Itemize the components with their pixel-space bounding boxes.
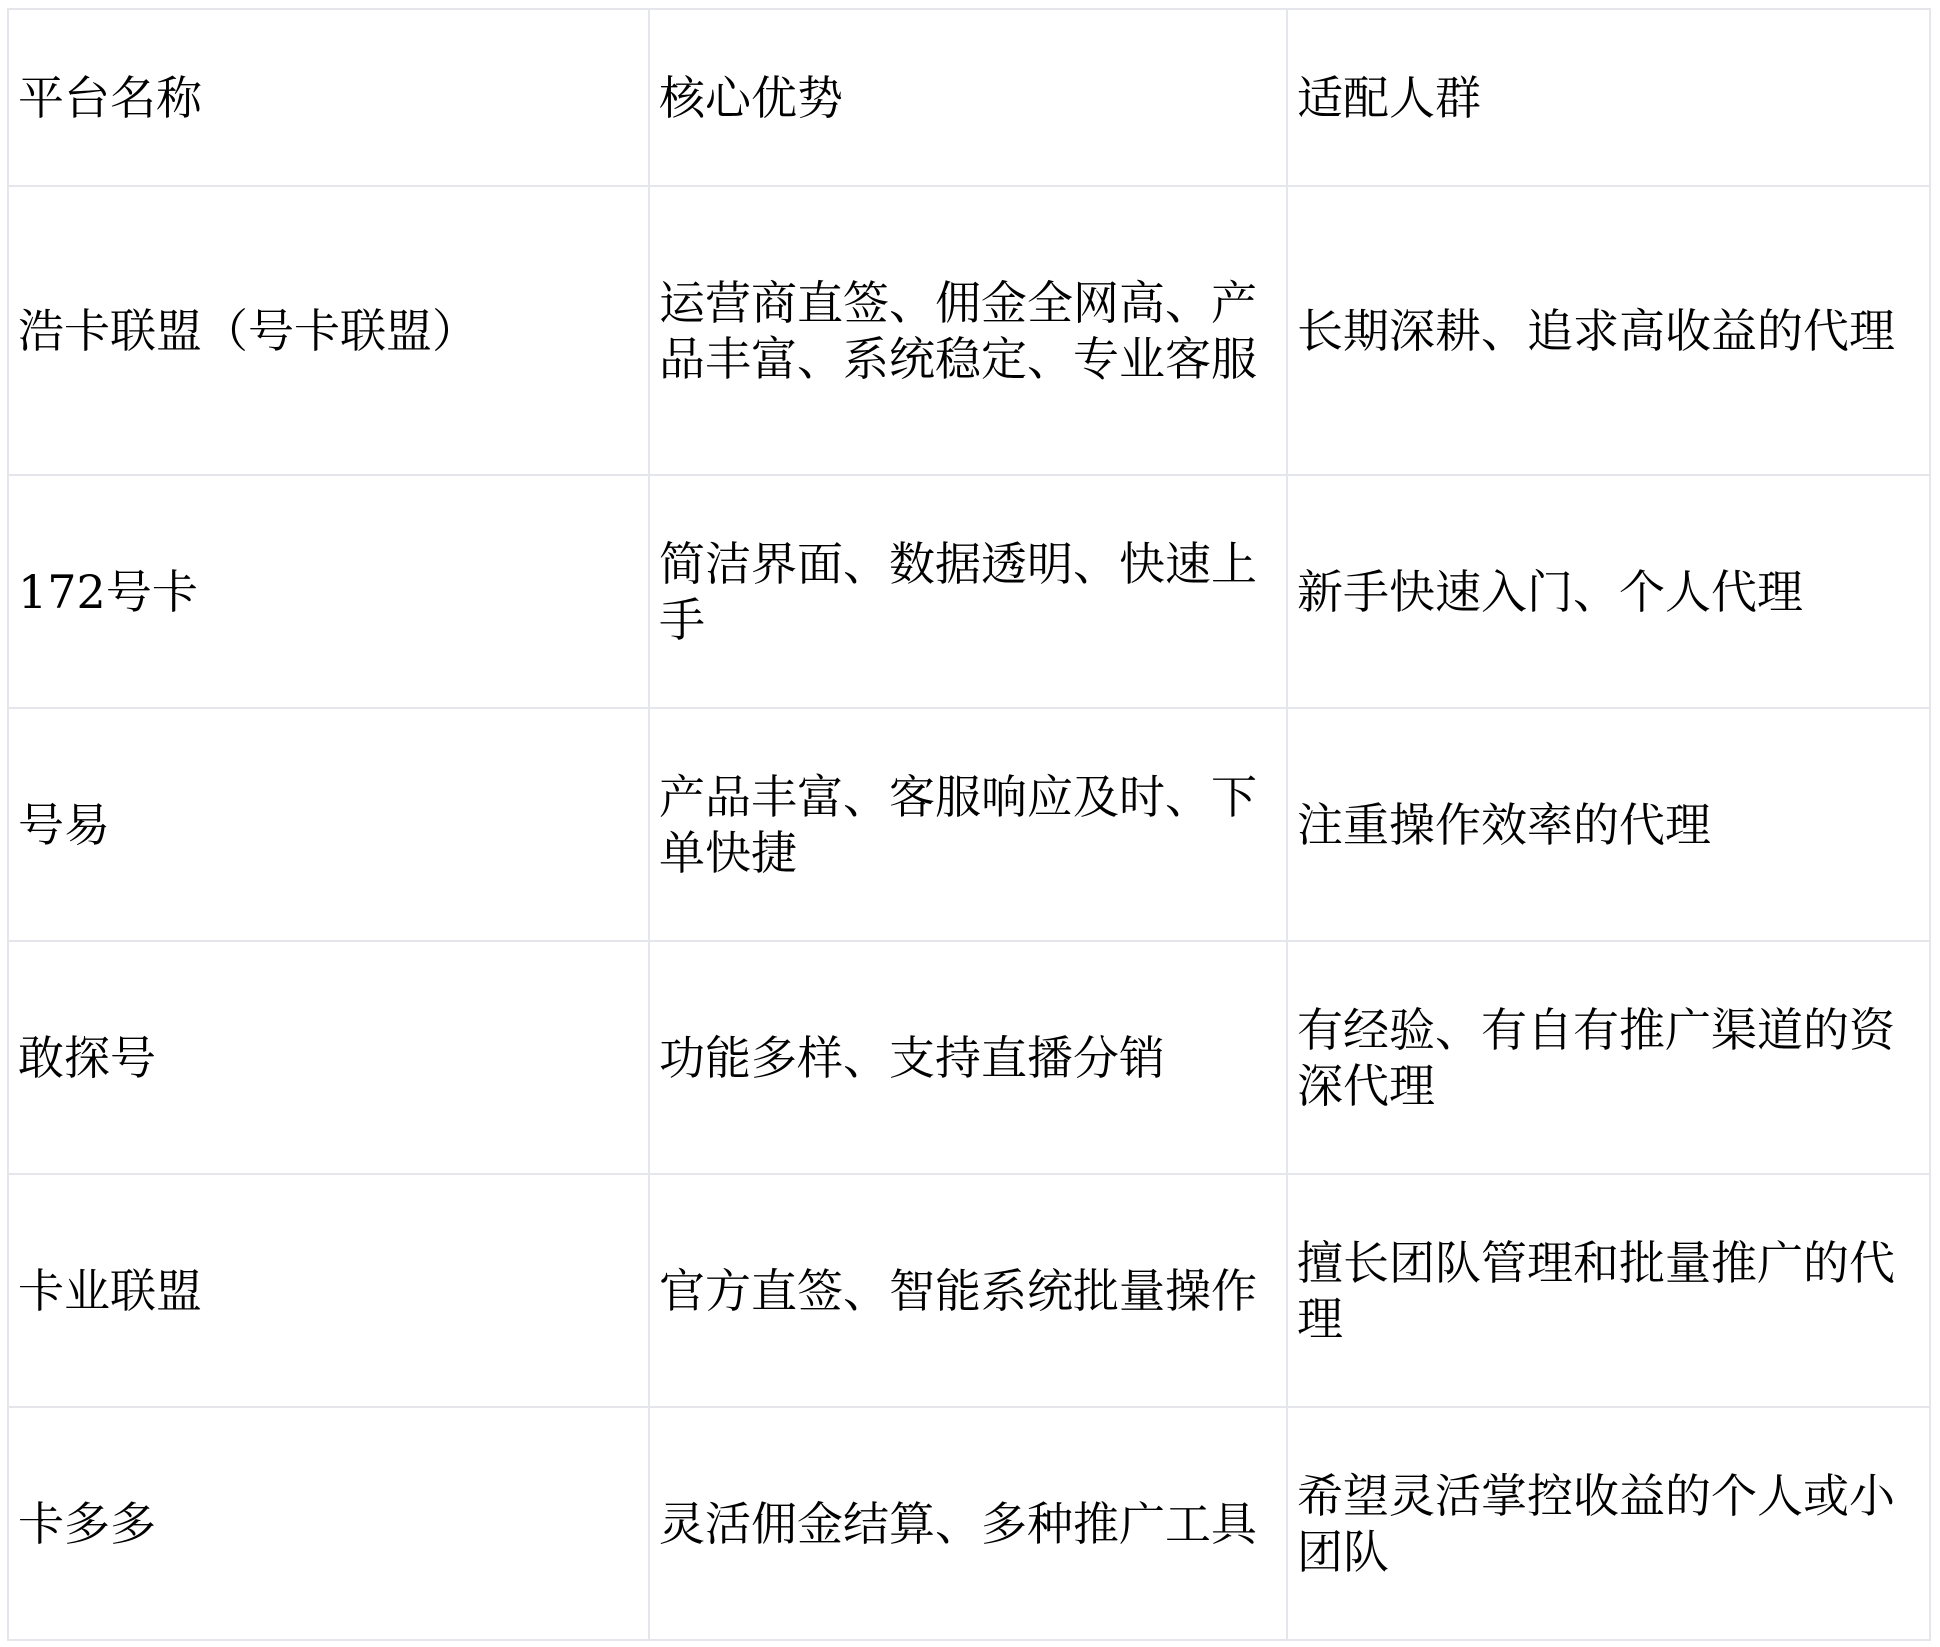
table-row: 卡多多 灵活佣金结算、多种推广工具 希望灵活掌控收益的个人或小团队 — [8, 1407, 1930, 1640]
table-header-row: 平台名称 核心优势 适配人群 — [8, 9, 1930, 186]
cell-platform-name: 卡多多 — [8, 1407, 649, 1640]
platform-name-text: 号卡 — [106, 565, 198, 619]
platform-comparison-table: 平台名称 核心优势 适配人群 浩卡联盟（号卡联盟） 运营商直签、佣金全网高、产品… — [7, 8, 1931, 1641]
cell-target-audience: 擅长团队管理和批量推广的代理 — [1287, 1174, 1930, 1407]
cell-platform-name: 敢探号 — [8, 941, 649, 1174]
cell-core-advantages: 产品丰富、客服响应及时、下单快捷 — [649, 708, 1287, 941]
cell-platform-name: 浩卡联盟（号卡联盟） — [8, 186, 649, 475]
cell-target-audience: 有经验、有自有推广渠道的资深代理 — [1287, 941, 1930, 1174]
table-row: 浩卡联盟（号卡联盟） 运营商直签、佣金全网高、产品丰富、系统稳定、专业客服 长期… — [8, 186, 1930, 475]
header-core-advantages: 核心优势 — [649, 9, 1287, 186]
cell-core-advantages: 灵活佣金结算、多种推广工具 — [649, 1407, 1287, 1640]
cell-platform-name: 号易 — [8, 708, 649, 941]
cell-target-audience: 注重操作效率的代理 — [1287, 708, 1930, 941]
header-platform-name: 平台名称 — [8, 9, 649, 186]
table-row: 号易 产品丰富、客服响应及时、下单快捷 注重操作效率的代理 — [8, 708, 1930, 941]
cell-core-advantages: 简洁界面、数据透明、快速上手 — [649, 475, 1287, 708]
cell-target-audience: 新手快速入门、个人代理 — [1287, 475, 1930, 708]
cell-core-advantages: 运营商直签、佣金全网高、产品丰富、系统稳定、专业客服 — [649, 186, 1287, 475]
cell-platform-name: 172号卡 — [8, 475, 649, 708]
platform-name-number: 172 — [18, 565, 106, 619]
cell-target-audience: 希望灵活掌控收益的个人或小团队 — [1287, 1407, 1930, 1640]
cell-platform-name: 卡业联盟 — [8, 1174, 649, 1407]
header-target-audience: 适配人群 — [1287, 9, 1930, 186]
table-row: 卡业联盟 官方直签、智能系统批量操作 擅长团队管理和批量推广的代理 — [8, 1174, 1930, 1407]
table-row: 敢探号 功能多样、支持直播分销 有经验、有自有推广渠道的资深代理 — [8, 941, 1930, 1174]
cell-target-audience: 长期深耕、追求高收益的代理 — [1287, 186, 1930, 475]
cell-core-advantages: 功能多样、支持直播分销 — [649, 941, 1287, 1174]
cell-core-advantages: 官方直签、智能系统批量操作 — [649, 1174, 1287, 1407]
table-row: 172号卡 简洁界面、数据透明、快速上手 新手快速入门、个人代理 — [8, 475, 1930, 708]
